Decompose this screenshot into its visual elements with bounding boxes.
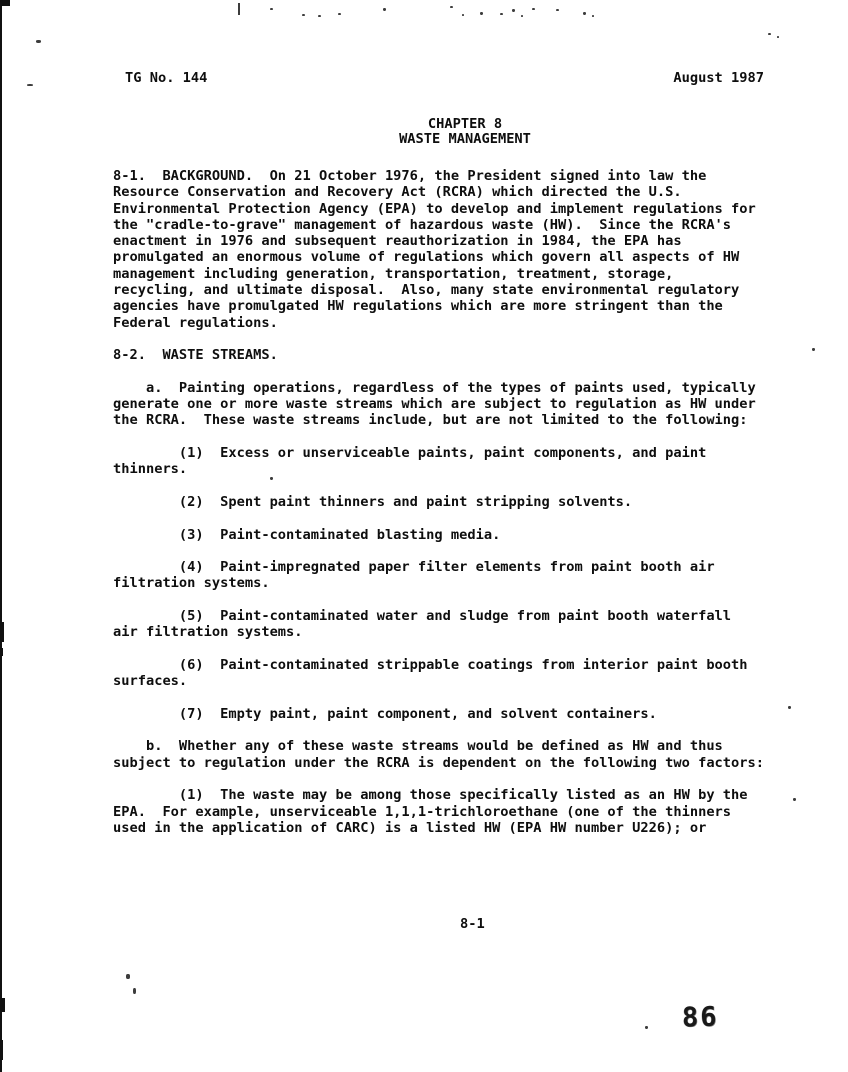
document-date: August 1987 (673, 70, 764, 86)
para-a-painting-operations: a. Painting operations, regardless of th… (113, 380, 793, 429)
item-6-strippable-coatings: (6) Paint-contaminated strippable coatin… (113, 657, 793, 690)
scan-speckle (645, 1026, 648, 1029)
stamp-number: 86 (682, 1002, 719, 1034)
scanned-document-page: TG No. 144 August 1987 CHAPTER 8 WASTE M… (0, 0, 848, 1072)
scan-edge-border (0, 0, 2, 1072)
scan-speckle (270, 8, 273, 10)
scan-speckle (36, 40, 41, 43)
scan-speckle (521, 15, 523, 17)
scan-speckle (318, 15, 321, 17)
document-body: 8-1. BACKGROUND. On 21 October 1976, the… (113, 168, 793, 852)
scan-speckle (512, 9, 515, 12)
scan-speckle (777, 36, 779, 38)
item-5-water-sludge: (5) Paint-contaminated water and sludge … (113, 608, 793, 641)
scan-artifact (0, 648, 3, 656)
item-7-empty-containers: (7) Empty paint, paint component, and so… (113, 706, 793, 722)
scan-artifact (1, 1040, 3, 1060)
scan-speckle (480, 12, 483, 15)
scan-speckle (592, 15, 594, 17)
page-number: 8-1 (460, 916, 485, 932)
scan-speckle (768, 33, 771, 35)
scan-speckle (383, 8, 386, 11)
scan-speckle (500, 13, 503, 15)
scan-speckle (133, 988, 136, 994)
scan-speckle (27, 84, 33, 86)
scan-speckle (556, 9, 559, 11)
item-3-blasting-media: (3) Paint-contaminated blasting media. (113, 527, 793, 543)
item-4-paper-filters: (4) Paint-impregnated paper filter eleme… (113, 559, 793, 592)
scan-speckle (532, 8, 535, 10)
scan-speckle (793, 798, 796, 801)
scan-speckle (126, 974, 130, 979)
item-1-excess-paints: (1) Excess or unserviceable paints, pain… (113, 445, 793, 478)
scan-speckle (338, 13, 341, 15)
scan-speckle (238, 3, 240, 15)
scan-artifact (0, 998, 5, 1012)
scan-speckle (812, 348, 815, 351)
heading-8-2-waste-streams: 8-2. WASTE STREAMS. (113, 347, 793, 363)
scan-speckle (583, 12, 586, 15)
chapter-heading: CHAPTER 8 WASTE MANAGEMENT (113, 117, 764, 147)
page-header: TG No. 144 August 1987 (113, 70, 764, 86)
scan-artifact (0, 0, 10, 6)
item-2-spent-thinners: (2) Spent paint thinners and paint strip… (113, 494, 793, 510)
scan-artifact (0, 622, 4, 642)
scan-speckle (450, 6, 453, 8)
para-8-1-background: 8-1. BACKGROUND. On 21 October 1976, the… (113, 168, 793, 331)
document-number: TG No. 144 (113, 70, 207, 86)
scan-speckle (462, 14, 464, 16)
para-b-two-factors: b. Whether any of these waste streams wo… (113, 738, 793, 771)
item-b1-listed-hw: (1) The waste may be among those specifi… (113, 787, 793, 836)
scan-speckle (302, 14, 305, 16)
